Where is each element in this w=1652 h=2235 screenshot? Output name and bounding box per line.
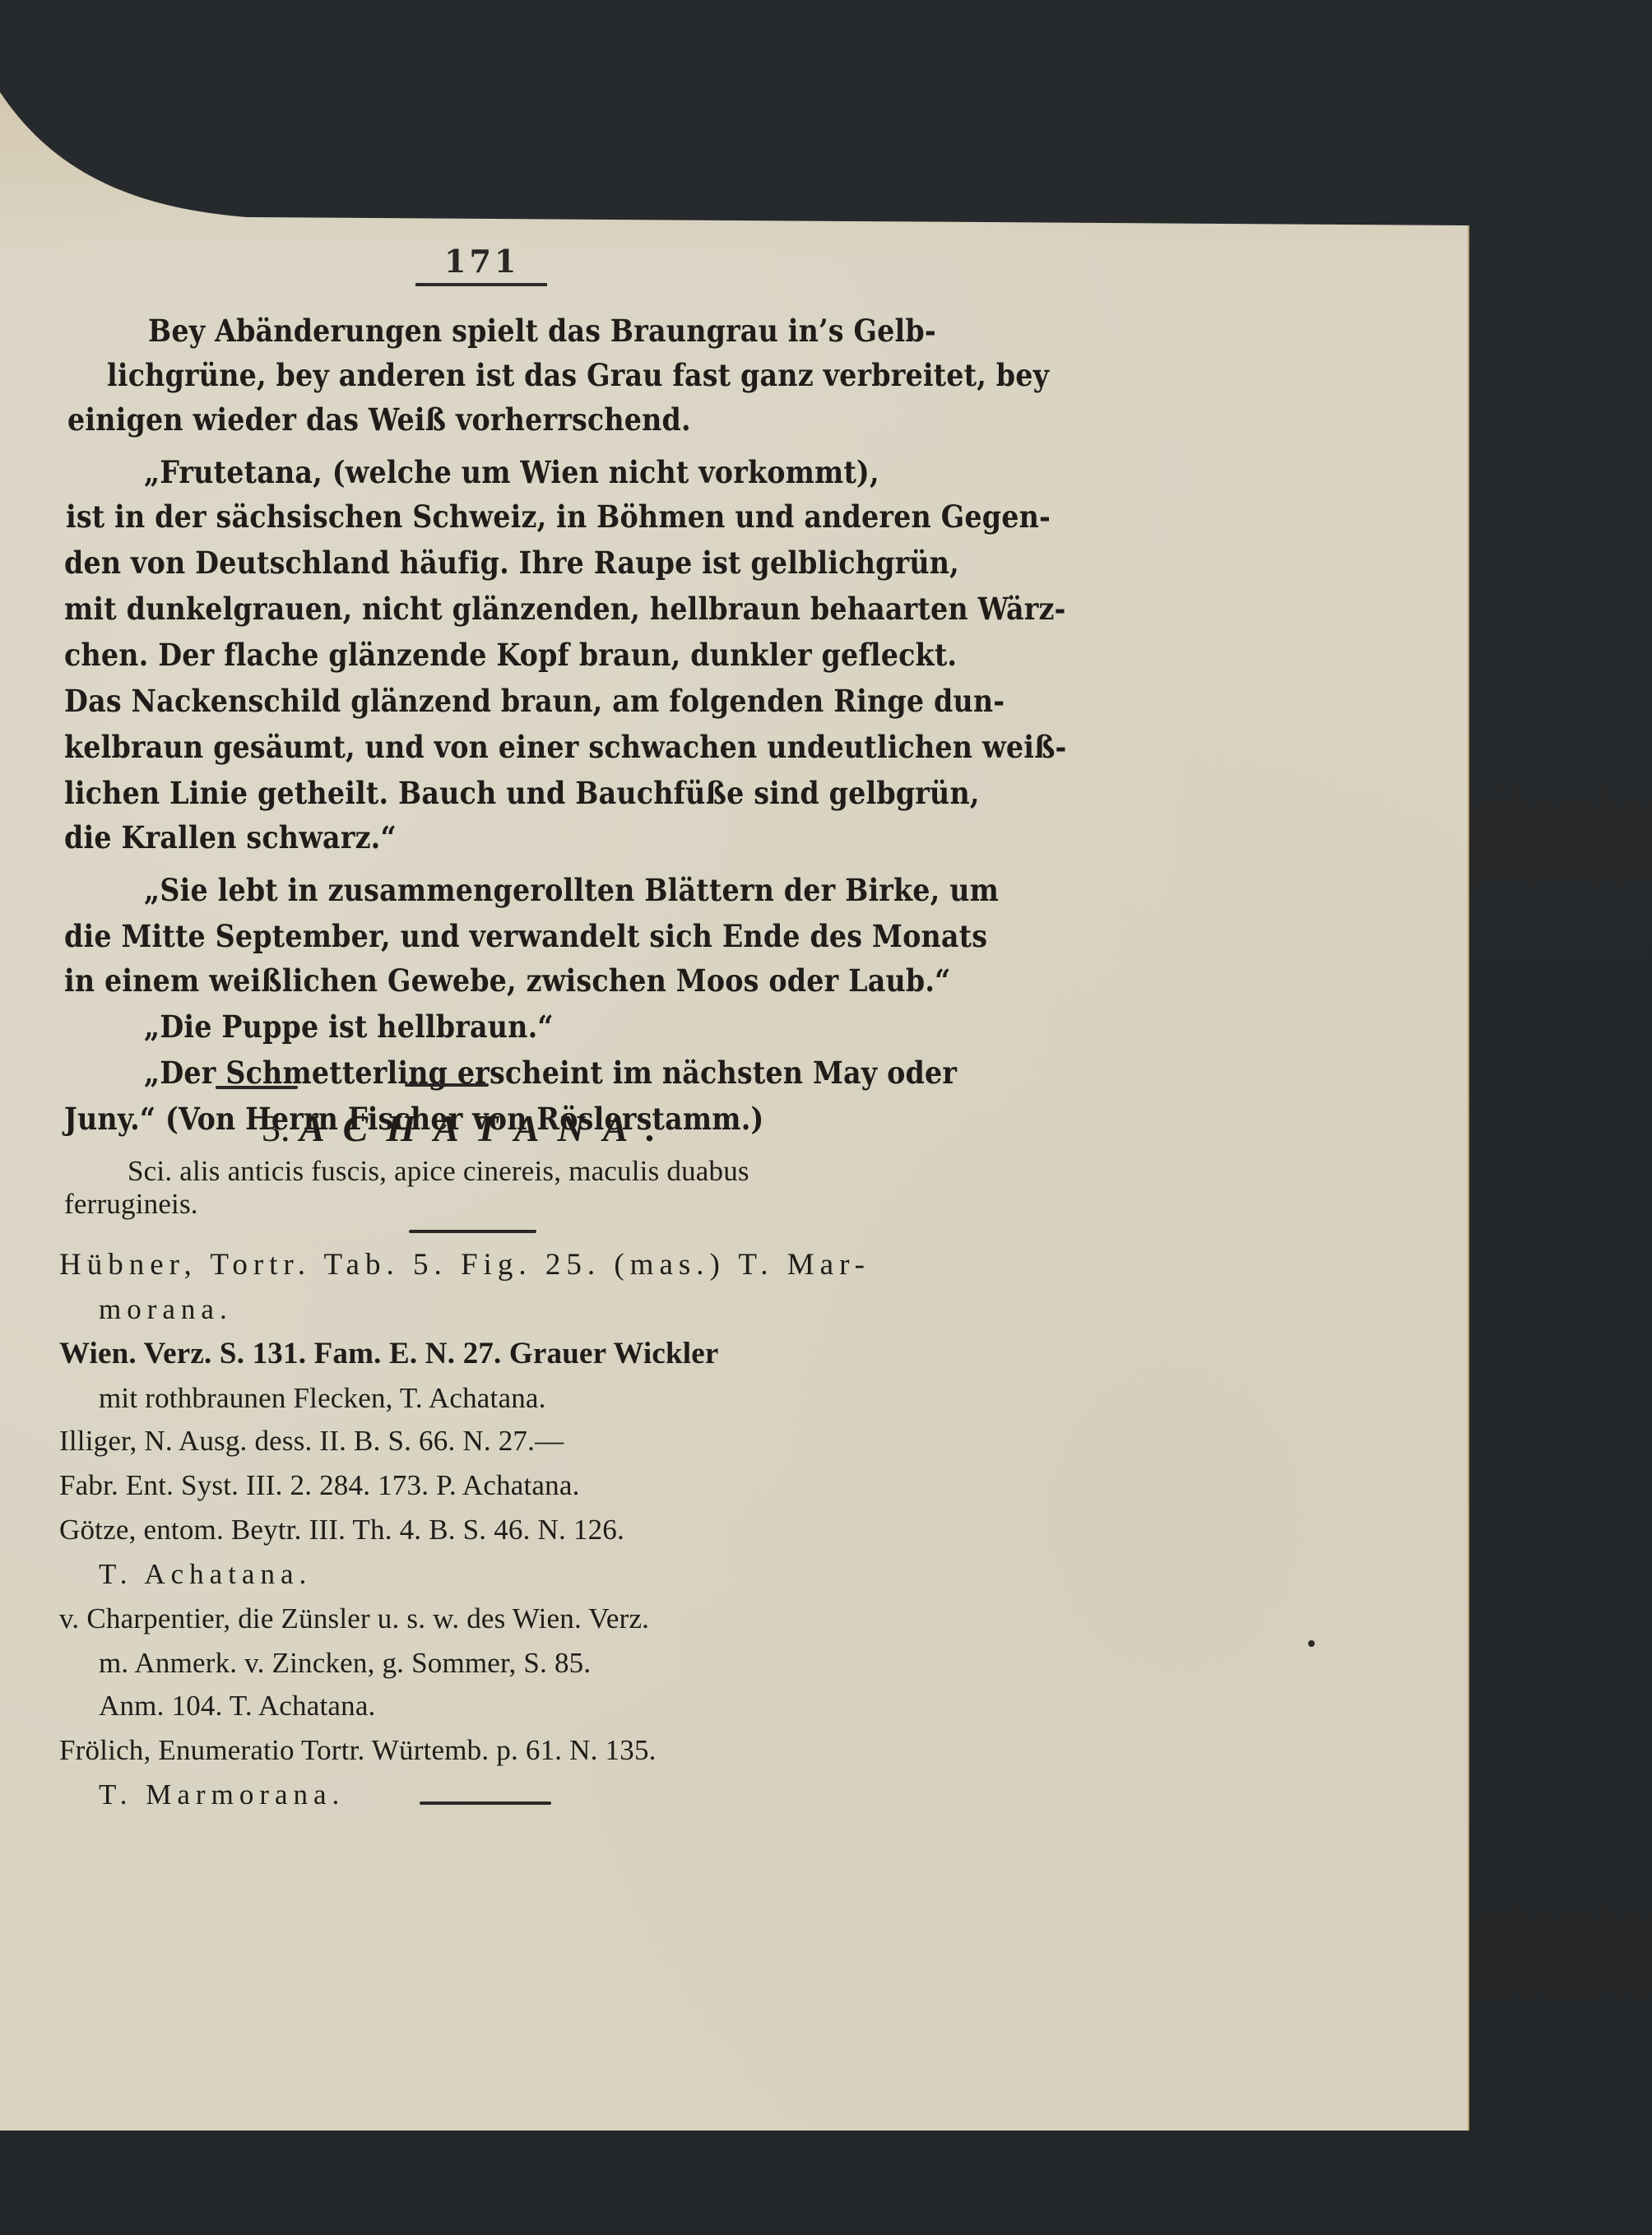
reference-line: Frölich, Enumeratio Tortr. Würtemb. p. 6… [59, 1732, 657, 1769]
text-line: chen. Der flache glänzende Kopf braun, d… [64, 637, 957, 673]
ink-speck [1308, 1640, 1315, 1647]
text-line: „Sie lebt in zusammengerollten Blättern … [144, 872, 999, 908]
end-rule [420, 1801, 551, 1805]
reference-line: v. Charpentier, die Zünsler u. s. w. des… [59, 1601, 649, 1637]
reference-line: Illiger, N. Ausg. dess. II. B. S. 66. N.… [59, 1423, 564, 1459]
reference-line: Fabr. Ent. Syst. III. 2. 284. 173. P. Ac… [59, 1468, 580, 1504]
reference-line: Götze, entom. Beytr. III. Th. 4. B. S. 4… [59, 1512, 624, 1548]
reference-line: T. Marmorana. [99, 1777, 345, 1813]
reference-line: Anm. 104. T. Achatana. [99, 1688, 376, 1724]
species-heading: 3. ACHATANA. [262, 1106, 674, 1150]
text-line: lichen Linie getheilt. Bauch und Bauchfü… [64, 775, 980, 811]
species-rule-top [405, 1083, 489, 1087]
header-rule [415, 283, 547, 286]
reference-line: mit rothbraunen Flecken, T. Achatana. [99, 1380, 546, 1417]
reference-line: Wien. Verz. S. 131. Fam. E. N. 27. Graue… [59, 1336, 719, 1372]
section-rule-top [216, 1086, 298, 1089]
text-line: in einem weißlichen Gewebe, zwischen Moo… [64, 962, 951, 999]
text-line: einigen wieder das Weiß vorherrschend. [67, 401, 691, 438]
reference-line: Hübner, Tortr. Tab. 5. Fig. 25. (mas.) T… [59, 1247, 870, 1283]
text-line: die Mitte September, und verwandelt sich… [64, 918, 987, 954]
species-name: ACHATANA. [299, 1107, 674, 1149]
text-line: „Die Puppe ist hellbraun.“ [144, 1009, 554, 1045]
reference-line: m. Anmerk. v. Zincken, g. Sommer, S. 85. [99, 1645, 591, 1681]
reference-line: morana. [99, 1291, 233, 1328]
species-rule-bottom [409, 1230, 536, 1233]
text-line: den von Deutschland häufig. Ihre Raupe i… [64, 545, 959, 581]
text-line: kelbraun gesäumt, und von einer schwache… [64, 729, 1067, 765]
text-line: lichgrüne, bey anderen ist das Grau fast… [107, 357, 1049, 393]
reference-line: T. Achatana. [99, 1556, 312, 1593]
text-line: „Frutetana, (welche um Wien nicht vorkom… [144, 454, 879, 490]
book-page: 171 Bey Abänderungen spielt das Braungra… [0, 92, 1469, 2131]
page-number: 171 [444, 243, 519, 280]
diagnosis-line: Sci. alis anticis fuscis, apice cinereis… [128, 1153, 749, 1189]
text-line: Bey Abänderungen spielt das Braungrau in… [148, 313, 936, 349]
text-line: ist in der sächsischen Schweiz, in Böhme… [66, 498, 1051, 535]
species-number: 3. [262, 1107, 290, 1149]
text-line: Das Nackenschild glänzend braun, am folg… [64, 683, 1005, 719]
text-line: die Krallen schwarz.“ [64, 819, 397, 856]
text-line: mit dunkelgrauen, nicht glänzenden, hell… [64, 591, 1066, 627]
diagnosis-line: ferrugineis. [64, 1186, 198, 1222]
